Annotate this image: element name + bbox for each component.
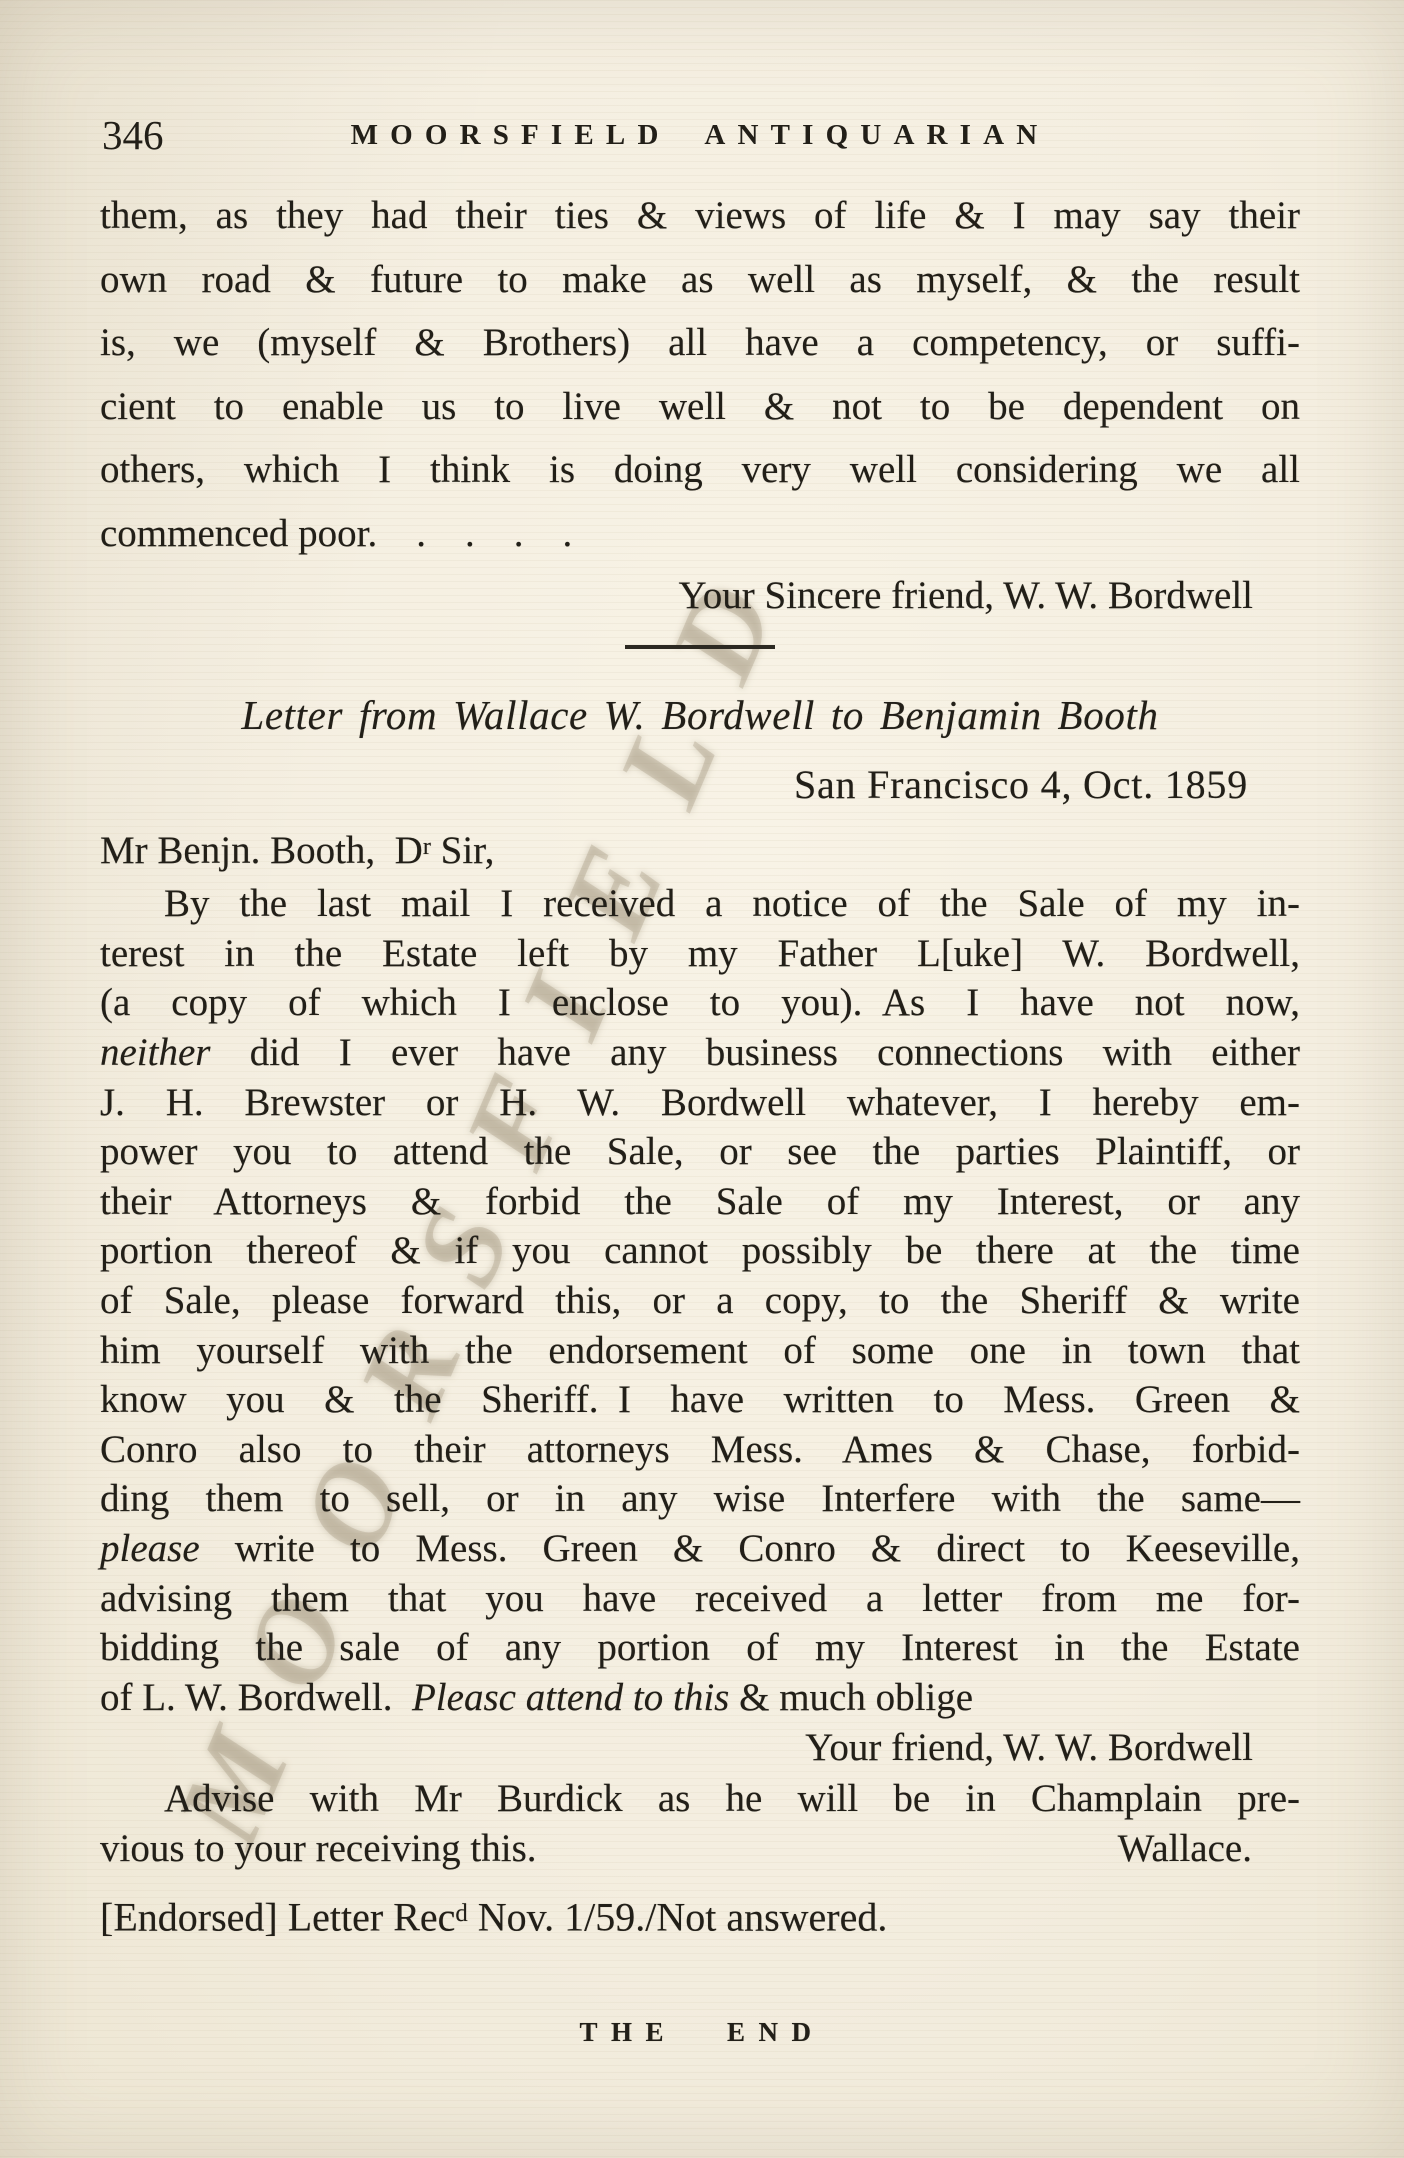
text-segment: bidding the sale of any portion of my In… — [100, 1626, 1300, 1669]
text-line: is, we (myself & Brothers) all have a co… — [100, 311, 1300, 375]
text-segment: terest in the Estate left by my Father L… — [100, 932, 1300, 975]
text-line: terest in the Estate left by my Father L… — [100, 929, 1300, 979]
text-line: neither did I ever have any business con… — [100, 1028, 1300, 1078]
page-header: 346 MOORSFIELD ANTIQUARIAN — [100, 112, 1300, 158]
text-line: others, which I think is doing very well… — [100, 438, 1300, 502]
text-segment: By the last mail I received a notice of … — [164, 882, 1300, 925]
the-end-label: THE END — [0, 2012, 1404, 2052]
running-title: MOORSFIELD ANTIQUARIAN — [100, 112, 1300, 158]
text-segment: Conro also to their attorneys Mess. Ames… — [100, 1428, 1300, 1471]
text-line: J. H. Brewster or H. W. Bordwell whateve… — [100, 1078, 1300, 1128]
text-line: vious to your receiving this. Wallace. — [100, 1824, 1300, 1874]
text-line: By the last mail I received a notice of … — [100, 879, 1300, 929]
text-segment: of Sale, please forward this, or a copy,… — [100, 1279, 1300, 1322]
page-number: 346 — [102, 112, 164, 158]
text-line: Advise with Mr Burdick as he will be in … — [100, 1774, 1300, 1824]
text-segment: Pleasc attend to this — [412, 1676, 729, 1719]
text-segment: portion thereof & if you cannot possibly… — [100, 1229, 1300, 1272]
text-line: know you & the Sheriff. I have written t… — [100, 1375, 1300, 1425]
text-line: commenced poor. . . . . — [100, 502, 1300, 566]
text-segment: & much oblige — [729, 1676, 973, 1719]
letter-salutation: Mr Benjn. Booth, Dr Sir, — [100, 819, 1300, 879]
text-segment: them, as they had their ties & views of … — [100, 194, 1300, 237]
text-segment: ding them to sell, or in any wise Interf… — [100, 1477, 1300, 1520]
text-segment: commenced poor. . . . . — [100, 512, 572, 555]
text-segment: (a copy of which I enclose to you). As I… — [100, 981, 1300, 1024]
text-line: their Attorneys & forbid the Sale of my … — [100, 1177, 1300, 1227]
section-divider — [625, 645, 775, 649]
text-segment: own road & future to make as well as mys… — [100, 258, 1300, 301]
text-line: Conro also to their attorneys Mess. Ames… — [100, 1425, 1300, 1475]
text-line: of L. W. Bordwell. Pleasc attend to this… — [100, 1673, 1300, 1723]
text-segment: J. H. Brewster or H. W. Bordwell whateve… — [100, 1081, 1300, 1124]
postscript-signature: Wallace. — [1118, 1824, 1252, 1874]
text-segment: him yourself with the endorsement of som… — [100, 1329, 1300, 1372]
postscript-text: vious to your receiving this. — [100, 1827, 537, 1870]
text-segment: cient to enable us to live well & not to… — [100, 385, 1300, 428]
text-line: cient to enable us to live well & not to… — [100, 375, 1300, 439]
letter-signature: Your friend, W. W. Bordwell — [100, 1722, 1300, 1774]
excerpt-signature: Your Sincere friend, W. W. Bordwell — [100, 565, 1300, 627]
text-segment: advising them that you have received a l… — [100, 1577, 1300, 1620]
text-line: please write to Mess. Green & Conro & di… — [100, 1524, 1300, 1574]
text-segment: their Attorneys & forbid the Sale of my … — [100, 1180, 1300, 1223]
text-line: him yourself with the endorsement of som… — [100, 1326, 1300, 1376]
letter-excerpt-paragraph: them, as they had their ties & views of … — [100, 184, 1300, 565]
text-segment: is, we (myself & Brothers) all have a co… — [100, 321, 1300, 364]
salutation-text: Mr Benjn. Booth, D — [100, 829, 423, 872]
text-line: own road & future to make as well as mys… — [100, 248, 1300, 312]
page-content: 346 MOORSFIELD ANTIQUARIAN them, as they… — [0, 112, 1404, 1944]
text-segment: neither — [100, 1031, 210, 1074]
text-line: bidding the sale of any portion of my In… — [100, 1623, 1300, 1673]
endorsement-text-end: Nov. 1/59./Not answered. — [468, 1895, 888, 1940]
salutation-superscript: r — [423, 833, 431, 860]
text-line: (a copy of which I enclose to you). As I… — [100, 978, 1300, 1028]
letter-body-paragraph: By the last mail I received a notice of … — [100, 879, 1300, 1722]
letter-heading: Letter from Wallace W. Bordwell to Benja… — [100, 687, 1300, 743]
letter-dateline: San Francisco 4, Oct. 1859 — [100, 757, 1300, 813]
text-line: advising them that you have received a l… — [100, 1574, 1300, 1624]
endorsement-superscript: d — [455, 1900, 467, 1927]
text-segment: did I ever have any business connections… — [210, 1031, 1300, 1074]
text-line: them, as they had their ties & views of … — [100, 184, 1300, 248]
text-segment: know you & the Sheriff. I have written t… — [100, 1378, 1300, 1421]
text-line: ding them to sell, or in any wise Interf… — [100, 1474, 1300, 1524]
scanned-book-page: MOORSFIELD 346 MOORSFIELD ANTIQUARIAN th… — [0, 0, 1404, 2158]
endorsement-text: [Endorsed] Letter Rec — [100, 1895, 455, 1940]
letter-postscript: Advise with Mr Burdick as he will be in … — [100, 1774, 1300, 1874]
text-segment: please — [100, 1527, 200, 1570]
endorsement-note: [Endorsed] Letter Recd Nov. 1/59./Not an… — [100, 1888, 1300, 1943]
text-segment: write to Mess. Green & Conro & direct to… — [200, 1527, 1300, 1570]
text-line: power you to attend the Sale, or see the… — [100, 1127, 1300, 1177]
text-segment: power you to attend the Sale, or see the… — [100, 1130, 1300, 1173]
text-segment: of L. W. Bordwell. — [100, 1676, 412, 1719]
text-segment: others, which I think is doing very well… — [100, 448, 1300, 491]
text-line: portion thereof & if you cannot possibly… — [100, 1226, 1300, 1276]
text-line: of Sale, please forward this, or a copy,… — [100, 1276, 1300, 1326]
salutation-text-end: Sir, — [431, 829, 494, 872]
